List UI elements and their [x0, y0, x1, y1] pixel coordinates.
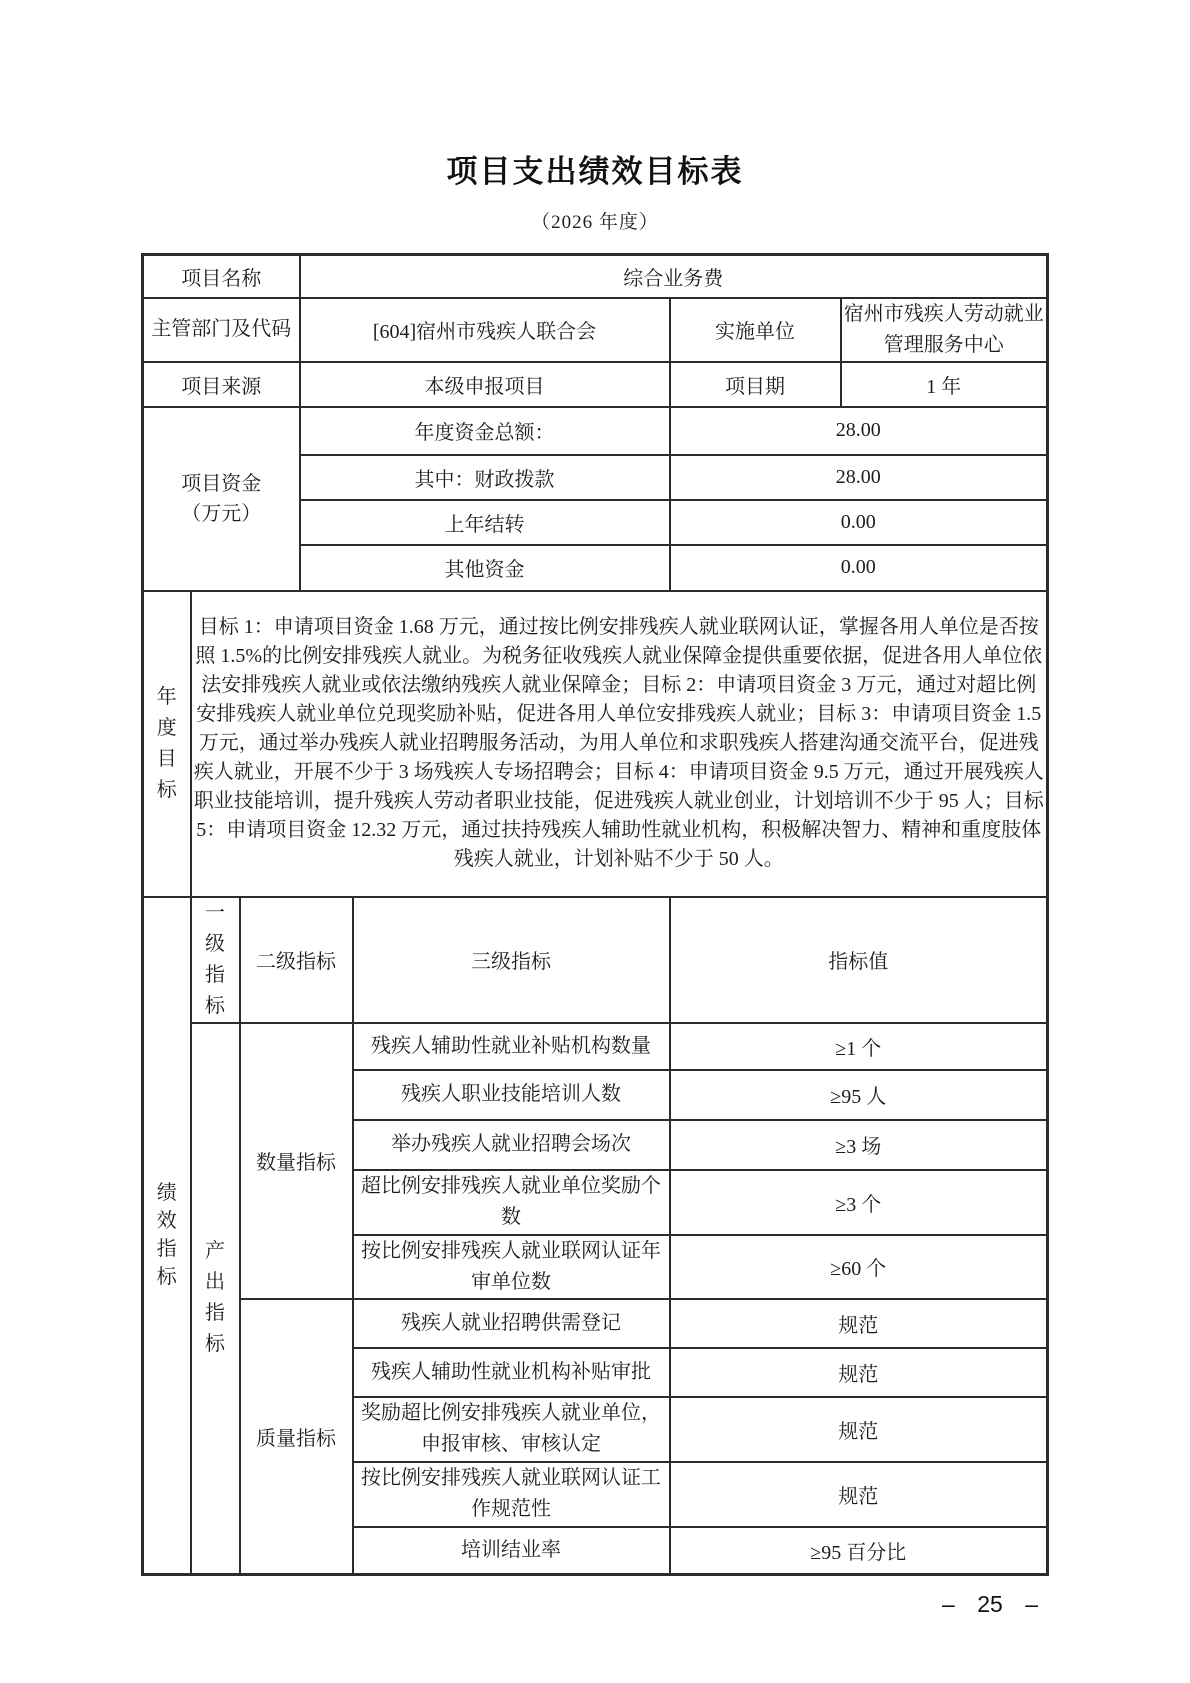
indicator-value: ≥95 人: [670, 1070, 1048, 1120]
fund-row-value: 0.00: [670, 500, 1048, 545]
indicator-name: 按比例安排残疾人就业联网认证年审单位数: [353, 1235, 670, 1299]
project-source-label: 项目来源: [143, 362, 300, 407]
page-number: – 25 –: [0, 1591, 1190, 1618]
fund-row-value: 28.00: [670, 407, 1048, 455]
indicator-value: ≥1 个: [670, 1023, 1048, 1070]
indicator-row: 产出指标 数量指标 残疾人辅助性就业补贴机构数量 ≥1 个: [143, 1023, 1048, 1070]
annual-goal-label: 年度目标: [143, 591, 191, 897]
funds-label: 项目资金 （万元）: [143, 407, 300, 591]
project-name-value: 综合业务费: [300, 255, 1048, 298]
row-annual-goal: 年度目标 目标 1：申请项目资金 1.68 万元，通过按比例安排残疾人就业联网认…: [143, 591, 1048, 897]
indicator-name: 残疾人辅助性就业补贴机构数量: [353, 1023, 670, 1070]
fund-row-label: 其中：财政拨款: [300, 455, 670, 500]
level1-indicator: 产出指标: [191, 1023, 240, 1575]
indicator-row: 质量指标 残疾人就业招聘供需登记 规范: [143, 1299, 1048, 1348]
indicator-value: ≥3 个: [670, 1170, 1048, 1235]
header-level1: 一级指标: [191, 897, 240, 1023]
project-period-label: 项目期: [670, 362, 841, 407]
performance-target-table: 项目名称 综合业务费 主管部门及代码 [604]宿州市残疾人联合会 实施单位 宿…: [141, 253, 1049, 1576]
row-department: 主管部门及代码 [604]宿州市残疾人联合会 实施单位 宿州市残疾人劳动就业管理…: [143, 298, 1048, 362]
indicator-name: 举办残疾人就业招聘会场次: [353, 1120, 670, 1170]
indicator-name: 残疾人职业技能培训人数: [353, 1070, 670, 1120]
fund-row-value: 0.00: [670, 545, 1048, 591]
indicators-section-label: 绩效指标: [143, 897, 191, 1575]
implement-unit-label: 实施单位: [670, 298, 841, 362]
row-indicator-header: 绩效指标 一级指标 二级指标 三级指标 指标值: [143, 897, 1048, 1023]
row-source: 项目来源 本级申报项目 项目期 1 年: [143, 362, 1048, 407]
indicator-name: 按比例安排残疾人就业联网认证工作规范性: [353, 1462, 670, 1527]
project-period-value: 1 年: [841, 362, 1048, 407]
department-label: 主管部门及代码: [143, 298, 300, 362]
indicator-name: 残疾人就业招聘供需登记: [353, 1299, 670, 1348]
indicator-value: ≥95 百分比: [670, 1527, 1048, 1575]
header-value: 指标值: [670, 897, 1048, 1023]
page-subtitle: （2026 年度）: [0, 207, 1190, 234]
level1-indicator-text: 产出指标: [202, 1236, 228, 1360]
page-title: 项目支出绩效目标表: [0, 0, 1190, 191]
indicator-value: ≥60 个: [670, 1235, 1048, 1299]
indicator-name: 超比例安排残疾人就业单位奖励个数: [353, 1170, 670, 1235]
indicator-value: 规范: [670, 1299, 1048, 1348]
header-level3: 三级指标: [353, 897, 670, 1023]
department-value: [604]宿州市残疾人联合会: [300, 298, 670, 362]
project-name-label: 项目名称: [143, 255, 300, 298]
fund-row-label: 年度资金总额：: [300, 407, 670, 455]
indicator-value: ≥3 场: [670, 1120, 1048, 1170]
indicator-name: 培训结业率: [353, 1527, 670, 1575]
project-source-value: 本级申报项目: [300, 362, 670, 407]
header-level2: 二级指标: [240, 897, 353, 1023]
indicator-value: 规范: [670, 1397, 1048, 1462]
row-project-name: 项目名称 综合业务费: [143, 255, 1048, 298]
fund-row-label: 其他资金: [300, 545, 670, 591]
group-quality: 质量指标: [240, 1299, 353, 1575]
implement-unit-value: 宿州市残疾人劳动就业管理服务中心: [841, 298, 1048, 362]
indicator-value: 规范: [670, 1462, 1048, 1527]
group-quantity: 数量指标: [240, 1023, 353, 1299]
indicator-name: 奖励超比例安排残疾人就业单位，申报审核、审核认定: [353, 1397, 670, 1462]
fund-row-value: 28.00: [670, 455, 1048, 500]
fund-row-label: 上年结转: [300, 500, 670, 545]
header-level1-text: 一级指标: [202, 898, 228, 1022]
annual-goal-label-text: 年度目标: [154, 682, 180, 806]
indicator-value: 规范: [670, 1348, 1048, 1397]
indicator-name: 残疾人辅助性就业机构补贴审批: [353, 1348, 670, 1397]
annual-goal-text: 目标 1：申请项目资金 1.68 万元，通过按比例安排残疾人就业联网认证，掌握各…: [191, 591, 1048, 897]
document-page: { "document": { "title": "项目支出绩效目标表", "s…: [0, 0, 1190, 1683]
row-fund-total: 项目资金 （万元） 年度资金总额： 28.00: [143, 407, 1048, 455]
indicators-section-label-text: 绩效指标: [154, 1179, 180, 1291]
